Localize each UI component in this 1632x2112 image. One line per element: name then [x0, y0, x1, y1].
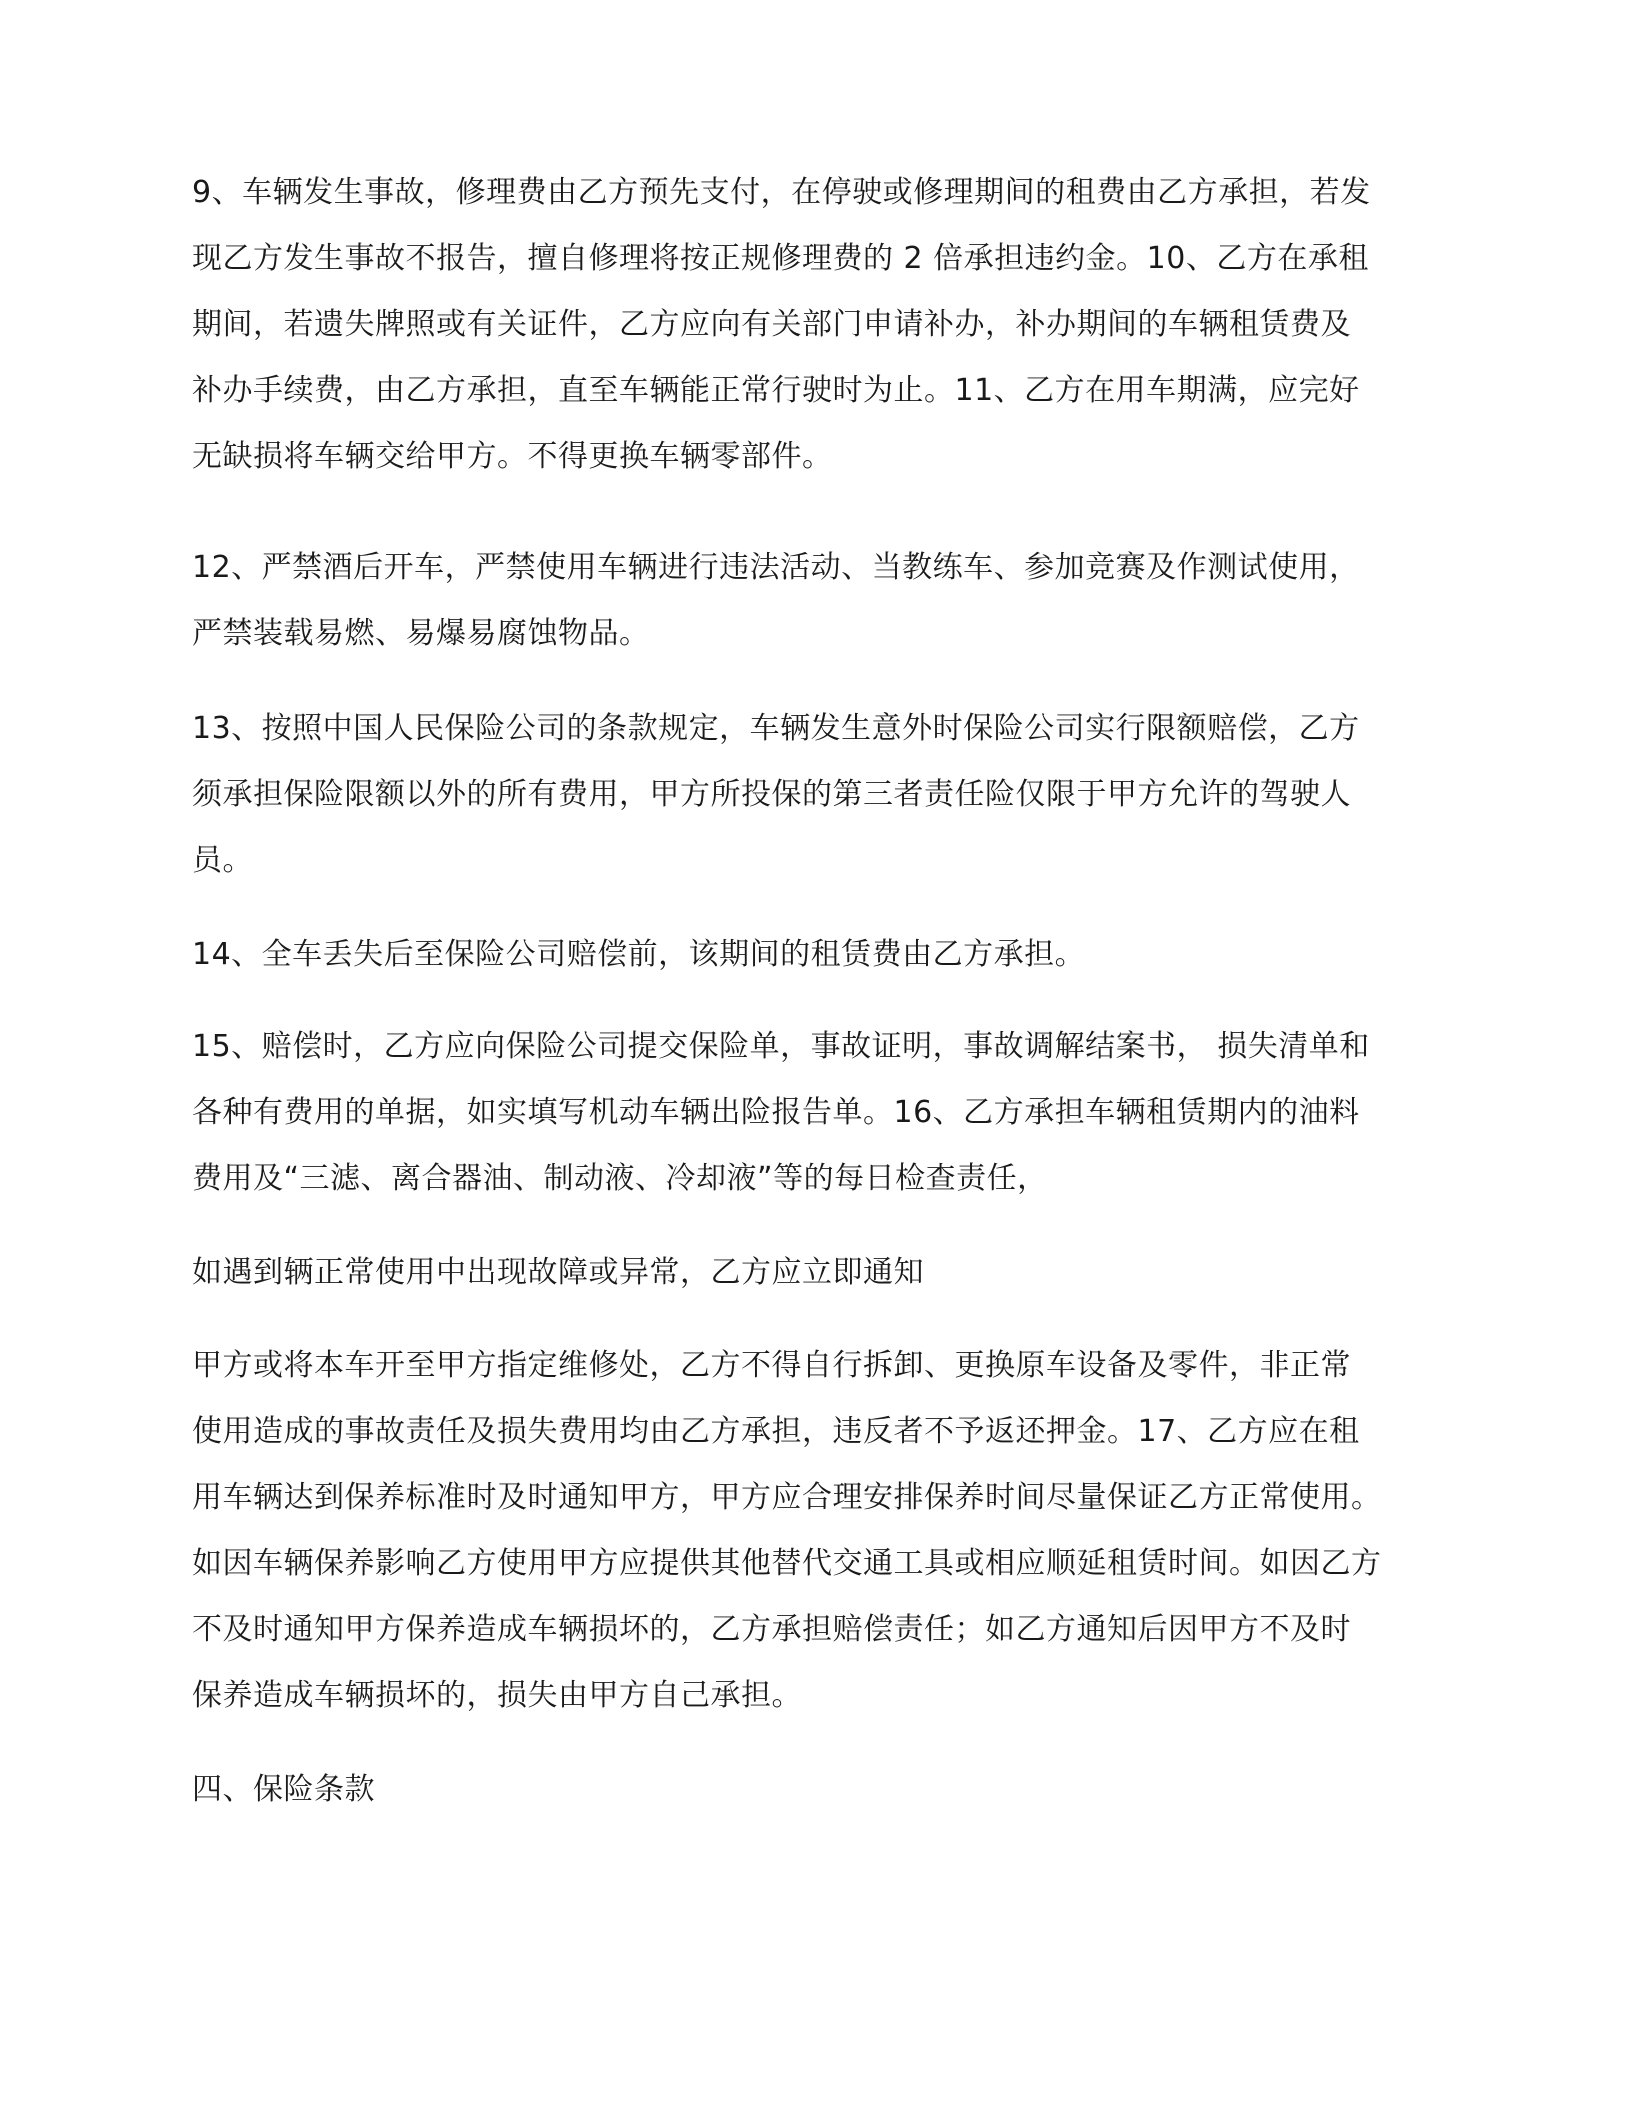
- paragraph-clause-12: 12、严禁酒后开车，严禁使用车辆进行违法活动、当教练车、参加竞赛及作测试使用， …: [192, 535, 1472, 667]
- text-line: 严禁装载易燃、易爆易腐蚀物品。: [192, 601, 1472, 667]
- text-line: 无缺损将车辆交给甲方。不得更换车辆零部件。: [192, 424, 1472, 490]
- text-line: 期间，若遗失牌照或有关证件，乙方应向有关部门申请补办，补办期间的车辆租赁费及: [192, 292, 1472, 358]
- text-line: 用车辆达到保养标准时及时通知甲方，甲方应合理安排保养时间尽量保证乙方正常使用。: [192, 1465, 1472, 1531]
- text-line: 使用造成的事故责任及损失费用均由乙方承担，违反者不予返还押金。17、乙方应在租: [192, 1399, 1472, 1465]
- text-line: 13、按照中国人民保险公司的条款规定，车辆发生意外时保险公司实行限额赔偿，乙方: [192, 696, 1472, 762]
- text-line: 费用及“三滤、离合器油、制动液、冷却液”等的每日检查责任，: [192, 1146, 1472, 1212]
- text-line: 甲方或将本车开至甲方指定维修处，乙方不得自行拆卸、更换原车设备及零件，非正常: [192, 1333, 1472, 1399]
- section-heading-insurance-terms: 四、保险条款: [192, 1757, 1472, 1823]
- text-line: 如因车辆保养影响乙方使用甲方应提供其他替代交通工具或相应顺延租赁时间。如因乙方: [192, 1531, 1472, 1597]
- heading-text: 四、保险条款: [192, 1757, 1472, 1823]
- text-line: 现乙方发生事故不报告，擅自修理将按正规修理费的 2 倍承担违约金。10、乙方在承…: [192, 226, 1472, 292]
- paragraph-clause-16-cont: 如遇到辆正常使用中出现故障或异常，乙方应立即通知: [192, 1240, 1472, 1306]
- paragraph-clause-13: 13、按照中国人民保险公司的条款规定，车辆发生意外时保险公司实行限额赔偿，乙方 …: [192, 696, 1472, 894]
- text-line: 补办手续费，由乙方承担，直至车辆能正常行驶时为止。11、乙方在用车期满，应完好: [192, 358, 1472, 424]
- text-line: 员。: [192, 828, 1472, 894]
- paragraph-clause-16-17: 甲方或将本车开至甲方指定维修处，乙方不得自行拆卸、更换原车设备及零件，非正常 使…: [192, 1333, 1472, 1729]
- paragraph-clause-14: 14、全车丢失后至保险公司赔偿前，该期间的租赁费由乙方承担。: [192, 922, 1472, 988]
- text-line: 如遇到辆正常使用中出现故障或异常，乙方应立即通知: [192, 1240, 1472, 1306]
- text-line: 15、赔偿时，乙方应向保险公司提交保险单，事故证明，事故调解结案书， 损失清单和: [192, 1014, 1472, 1080]
- paragraph-clause-9-11: 9、车辆发生事故，修理费由乙方预先支付，在停驶或修理期间的租费由乙方承担，若发 …: [192, 160, 1472, 490]
- text-line: 须承担保险限额以外的所有费用，甲方所投保的第三者责任险仅限于甲方允许的驾驶人: [192, 762, 1472, 828]
- document-page: 9、车辆发生事故，修理费由乙方预先支付，在停驶或修理期间的租费由乙方承担，若发 …: [0, 0, 1632, 2112]
- text-line: 不及时通知甲方保养造成车辆损坏的，乙方承担赔偿责任；如乙方通知后因甲方不及时: [192, 1597, 1472, 1663]
- text-line: 14、全车丢失后至保险公司赔偿前，该期间的租赁费由乙方承担。: [192, 922, 1472, 988]
- text-line: 各种有费用的单据，如实填写机动车辆出险报告单。16、乙方承担车辆租赁期内的油料: [192, 1080, 1472, 1146]
- text-line: 9、车辆发生事故，修理费由乙方预先支付，在停驶或修理期间的租费由乙方承担，若发: [192, 160, 1472, 226]
- text-line: 12、严禁酒后开车，严禁使用车辆进行违法活动、当教练车、参加竞赛及作测试使用，: [192, 535, 1472, 601]
- paragraph-clause-15-16: 15、赔偿时，乙方应向保险公司提交保险单，事故证明，事故调解结案书， 损失清单和…: [192, 1014, 1472, 1212]
- text-line: 保养造成车辆损坏的，损失由甲方自己承担。: [192, 1663, 1472, 1729]
